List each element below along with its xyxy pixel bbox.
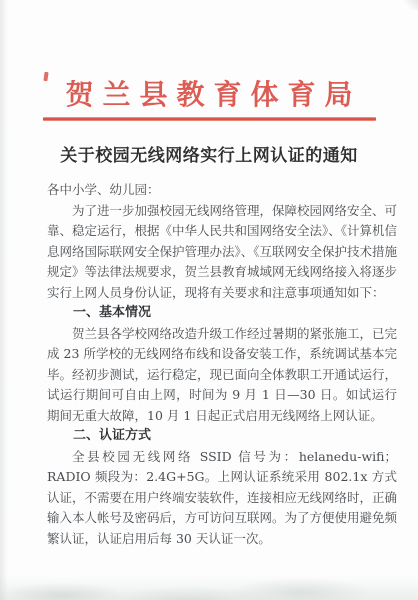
salutation: 各中小学、幼儿园： <box>47 180 397 201</box>
notice-title: 关于校园无线网络实行上网认证的通知 <box>0 146 418 167</box>
section-1-body: 贺兰县各学校网络改造升级工作经过暑期的紧张施工，已完成 23 所学校的无线网络布… <box>47 324 397 427</box>
letterhead-agency-name: 贺兰县教育体育局 <box>0 80 418 110</box>
scan-artifact-corner <box>404 0 418 10</box>
scan-artifact-bottom-shadow <box>0 538 418 600</box>
section-2-heading: 二、认证方式 <box>47 426 397 447</box>
section-2-body: 全县校园无线网络 SSID 信号为：helanedu-wifi；RADIO 频段… <box>47 447 397 550</box>
letterhead-divider-rule <box>43 117 376 121</box>
intro-paragraph: 为了进一步加强校园无线网络管理，保障校园网络安全、可靠、稳定运行，根据《中华人民… <box>47 201 397 304</box>
scan-artifact-left-edge <box>0 0 8 600</box>
notice-body: 各中小学、幼儿园： 为了进一步加强校园无线网络管理，保障校园网络安全、可靠、稳定… <box>47 180 397 549</box>
scanned-notice-page: 贺兰县教育体育局 关于校园无线网络实行上网认证的通知 各中小学、幼儿园： 为了进… <box>0 0 418 600</box>
section-1-heading: 一、基本情况 <box>47 303 397 324</box>
